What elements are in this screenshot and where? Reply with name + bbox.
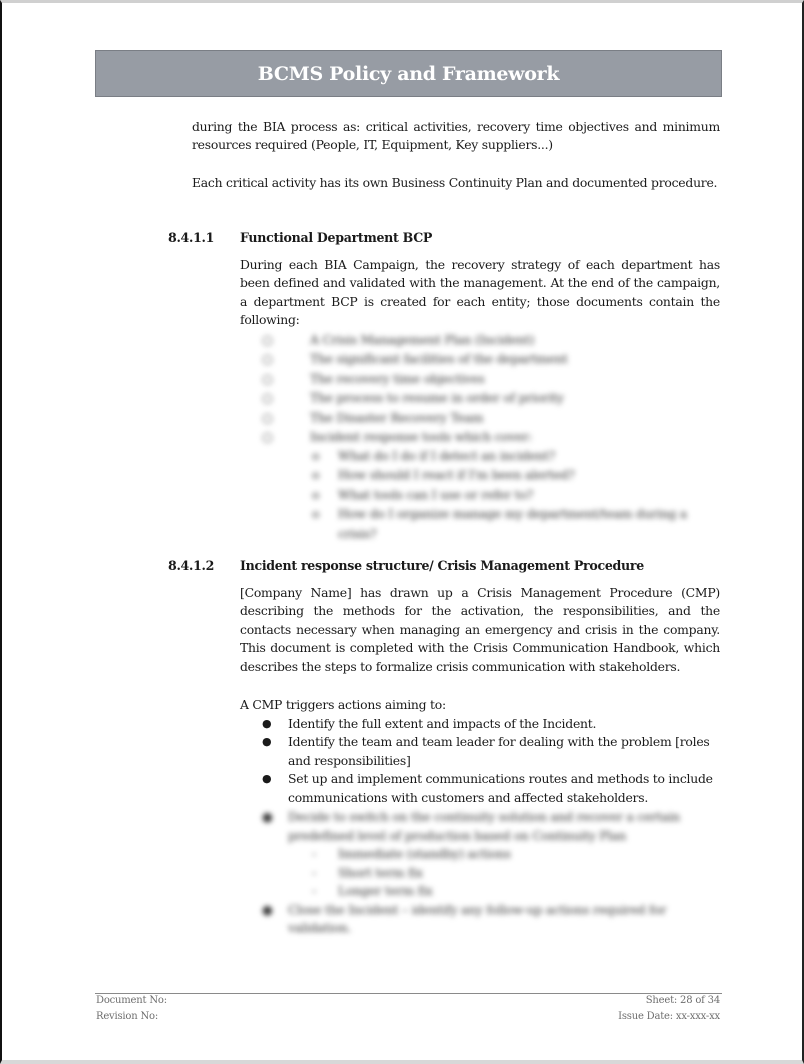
section-1-number: 8.4.1.1 [168,230,214,245]
cmp-bullet-list: ●Identify the full extent and impacts of… [262,715,721,807]
footer-divider [95,993,722,994]
list-item: ●Identify the team and team leader for d… [262,733,721,770]
list-item: ●Set up and implement communications rou… [262,770,721,807]
intro-paragraph-1: during the BIA process as: critical acti… [192,118,720,155]
section-1-paragraph: During each BIA Campaign, the recovery s… [240,256,720,330]
blurred-list-2: ●Decide to switch on the continuity solu… [262,808,680,938]
footer-issue-date: Issue Date: xx-xxx-xx [618,1011,720,1022]
intro-paragraph-2: Each critical activity has its own Busin… [192,174,720,192]
section-2-number: 8.4.1.2 [168,558,214,573]
blurred-sublist-1: oWhat do I do if I detect an incident? o… [312,446,687,543]
cmp-list-intro: A CMP triggers actions aiming to: [240,696,720,714]
footer-revision-no: Revision No: [96,1011,158,1022]
section-2-paragraph: [Company Name] has drawn up a Crisis Man… [240,584,720,676]
document-header-bar: BCMS Policy and Framework [95,50,722,97]
document-title: BCMS Policy and Framework [258,63,559,85]
footer-sheet: Sheet: 28 of 34 [646,995,720,1006]
section-2-title: Incident response structure/ Crisis Mana… [240,558,644,573]
list-item: ●Identify the full extent and impacts of… [262,715,721,733]
section-1-title: Functional Department BCP [240,230,432,245]
footer-document-no: Document No: [96,995,167,1006]
blurred-list-1: ○A Crisis Management Plan (Incident) ○Th… [262,330,568,446]
